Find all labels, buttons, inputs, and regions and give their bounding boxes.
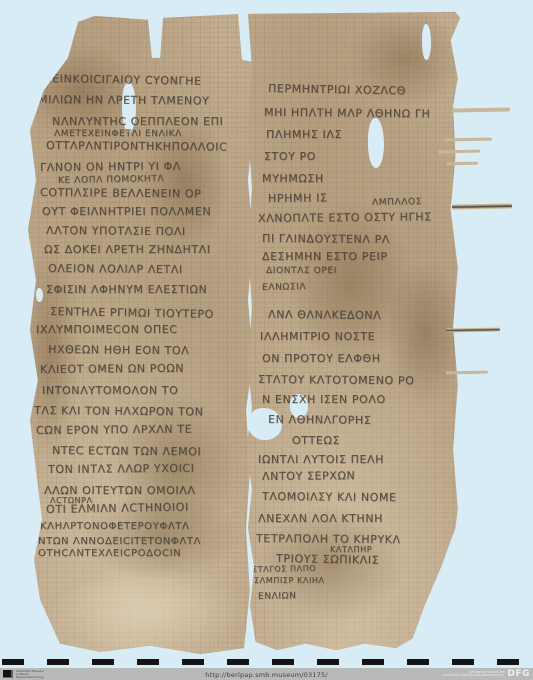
text-line: ΝΛΝΛΥΝΤΗC ΟΕΠΠΛΕΟΝ ΕΠΙ xyxy=(52,115,223,128)
footer-bar: Staatliche Museen zu Berlin Papyrussamml… xyxy=(0,668,533,680)
text-line: ΕΝΛΙΩΝ xyxy=(258,591,297,602)
text-line: ΟΝ ΠΡΟΤΟΥ ΕΛΦΘΗ xyxy=(262,352,381,365)
text-line: ΣΤΟΥ ΡΟ xyxy=(264,150,316,163)
text-line: ΣΤΛΤΟΥ ΚΛΤΟΤΟΜΕΝΟ ΡΟ xyxy=(258,373,415,387)
text-line: ΕΝ ΛΘΗΝΛΓΟΡΗΣ xyxy=(268,413,371,427)
dfg-logo: DFG xyxy=(507,669,530,679)
text-line: CΩΝ ΕΡΟΝ ΥΠΟ ΛΡΧΛΝ ΤΕ xyxy=(36,423,192,437)
text-line: CΟΤΠΛΣΙΡΕ ΒΕΛΛΕΝΕΙΝ ΟΡ xyxy=(40,186,201,200)
lacuna-hole xyxy=(422,24,431,60)
light-area xyxy=(50,567,250,652)
text-line: ΧΛΝΟΠΛΤΕ ΕΣΤΟ ΟΣΤΥ ΗΓΗΣ xyxy=(258,210,432,225)
text-line: ΣΦΙΣΙΝ ΛΦΗΝΥΜ ΕΛΕΣΤΙΩΝ xyxy=(46,283,207,296)
text-line: ΣΛΜΠΙΣΡ ΚΛΙΗΛ xyxy=(254,576,325,585)
text-line: ΛΜΕΤΕΧΕΙΝΦΕΤΛΙ ΕΝΛΙΚΛ xyxy=(54,129,182,139)
lacuna-hole xyxy=(368,118,384,168)
fiber-strand xyxy=(446,328,500,333)
text-line: ΙΛΛΗΜΙΤΡΙΟ ΝΟΣΤΕ xyxy=(260,330,375,343)
scale-ruler xyxy=(2,659,531,665)
text-line: ΗΡΗΜΗ ΙΣ xyxy=(268,191,328,205)
text-line: ΤΛΟΜΟΙΛΣΥ ΚΛΙ ΝΟΜΕ xyxy=(262,490,397,504)
text-line: ΓΛΝΟΝ ΟΝ ΗΝΤΡΙ ΥΙ ΦΛ xyxy=(40,160,181,174)
papyrus-scan: ΧΕΙΝΚΟΙCΙΓΑΙΟΥ CΥΟΝΓΗΕ ΜΙΛΙΩΝ ΗΝ ΛΡΕΤΗ Τ… xyxy=(0,0,533,680)
text-line: ΕΛΝΩΣΙΛ xyxy=(262,282,306,293)
text-line: ΣΕΝΤΗΛΕ ΡΓΙΜΩΙ ΤΙΟΥΤΕΡΟ xyxy=(50,305,214,321)
text-line: ΝΤΩΝ ΛΝΝΟΔΕΙCΙΤΕΤΟΝΦΛΤΛ xyxy=(38,536,201,547)
text-line: ΚΕ ΛΟΠΛ ΠΟΜΟΚΗΤΛ xyxy=(58,174,164,186)
text-line: ΠΙ ΓΛΙΝΔΟΥΣΤΕΝΛ ΡΛ xyxy=(262,232,390,246)
text-line: ΟΤΤΛΡΛΝΤΙΡΟΝΤΗΚΗΠΟΛΛΟΙC xyxy=(46,139,227,154)
text-line: ΙΩΝΤΛΙ ΛΥΤΟΙΣ ΠΕΛΗ xyxy=(258,453,384,466)
text-line: ΜΥΗΜΩΣΗ xyxy=(262,172,324,185)
text-line: ΟΤΙ ΕΛΜΙΛΝ ΛCΤΗΝΟΙΟΙ xyxy=(46,501,189,516)
fiber-strand xyxy=(446,162,478,166)
text-line: ΛΛΤΟΝ ΥΠΟΤΛΣΙΕ ΠΟΛΙ xyxy=(46,224,186,238)
funding-text-line: DEUTSCHE FORSCHUNGSGEMEINSCHAFT xyxy=(442,674,504,677)
papyrus-fragment-right: ΠΕΡΜΗΝΤΡΙΩΙ ΧΟΖΛCΘ ΜΗΙ ΗΠΛΤΗ ΜΛΡ ΛΘΗΝΩ Γ… xyxy=(246,8,484,658)
text-line: ΤΟΝ ΙΝΤΛΣ ΛΛΩΡ ΥΧΟΙCΙ xyxy=(48,462,195,476)
text-line: ΠΕΡΜΗΝΤΡΙΩΙ ΧΟΖΛCΘ xyxy=(268,82,406,97)
funding-credit: GEFÖRDERT DURCH DIE DEUTSCHE FORSCHUNGSG… xyxy=(442,669,530,679)
text-line: ΚΛΙΕΟΤ ΟΜΕΝ ΩΝ ΡΟΩΝ xyxy=(40,362,184,376)
text-line: ΛΝΕΧΛΝ ΛΟΛ ΚΤΗΝΗ xyxy=(258,512,383,525)
lacuna-hole xyxy=(36,288,43,302)
text-line: ΔΙΟΝΤΛΣ ΟΡΕΙ xyxy=(266,266,337,276)
text-line: ΠΛΗΜΗΣ ΙΛΣ xyxy=(266,128,342,141)
text-line: ΔΕΣΗΜΗΝ ΕΣΤΟ ΡΕΙΡ xyxy=(262,250,388,263)
text-line: ΤΕΤΡΛΠΟΛΗ ΤΟ ΚΗΡΥΚΛ xyxy=(256,532,401,546)
funding-text: GEFÖRDERT DURCH DIE DEUTSCHE FORSCHUNGSG… xyxy=(442,671,504,677)
text-line: ΜΙΛΙΩΝ ΗΝ ΛΡΕΤΗ ΤΛΜΕΝΟΥ xyxy=(38,93,209,107)
fiber-strand xyxy=(446,371,488,375)
text-line: ΛΝΤΟΥ ΣΕΡΧΩΝ xyxy=(262,469,355,483)
text-line: ΜΗΙ ΗΠΛΤΗ ΜΛΡ ΛΘΗΝΩ ΓΗ xyxy=(264,106,430,120)
text-line: Ν ΕΝΣΧΗ ΙΣΕΝ ΡΟΛΟ xyxy=(262,393,386,406)
fiber-strand xyxy=(444,138,492,142)
text-line: ΟΤΗCΛΝΤΕΧΛΕΙCΡΟΔΟCΙΝ xyxy=(38,548,181,559)
text-line: ΧΕΙΝΚΟΙCΙΓΑΙΟΥ CΥΟΝΓΗΕ xyxy=(44,72,202,88)
text-line: ΣΤΛΓΟΣ ΠΛΠΟ xyxy=(252,564,316,574)
fiber-strand xyxy=(438,150,480,154)
text-line: ΙΝΤΟΝΛΥΤΟΜΟΛΟΝ ΤΟ xyxy=(42,384,178,397)
text-line: ΝΤΕC ΕCΤΩΝ ΤΩΝ ΛΕΜΟΙ xyxy=(52,444,201,458)
text-line: ΤΛΣ ΚΛΙ ΤΟΝ ΗΛΧΩΡΟΝ ΤΟΝ xyxy=(34,404,204,418)
text-line: ΟΤΤΕΩΣ xyxy=(292,434,340,447)
text-line: ΟΥΤ ΦΕΙΛΝΗΤΡΙΕΙ ΠΟΛΛΜΕΝ xyxy=(42,205,211,218)
text-line: ΛΝΛ ΘΛΝΛΚΕΔΟΝΛ xyxy=(268,308,381,322)
text-line: ΩΣ ΔΟΚΕΙ ΛΡΕΤΗ ΖΗΝΔΗΤΛΙ xyxy=(44,243,211,256)
fiber-strand xyxy=(452,203,512,209)
text-line: ΗΧΘΕΩΝ ΗΘΗ ΕΟΝ ΤΟΛ xyxy=(48,343,189,357)
text-line: ΚΛΗΛΡΤΟΝΟΦΕΤΕΡΟΥΦΛΤΛ xyxy=(40,521,189,532)
text-line: ΛΜΠΛΛΟΣ xyxy=(372,197,422,208)
fiber-strand xyxy=(452,107,510,112)
papyrus-fragment-left: ΧΕΙΝΚΟΙCΙΓΑΙΟΥ CΥΟΝΓΗΕ ΜΙΛΙΩΝ ΗΝ ΛΡΕΤΗ Τ… xyxy=(20,12,262,658)
text-line: ΙΧΛΥΜΠΟΙΜΕCΟΝ ΟΠΕC xyxy=(36,323,178,336)
text-line: ΟΛΕΙΟΝ ΛΟΛΙΛΡ ΛΕΤΛΙ xyxy=(48,262,183,276)
